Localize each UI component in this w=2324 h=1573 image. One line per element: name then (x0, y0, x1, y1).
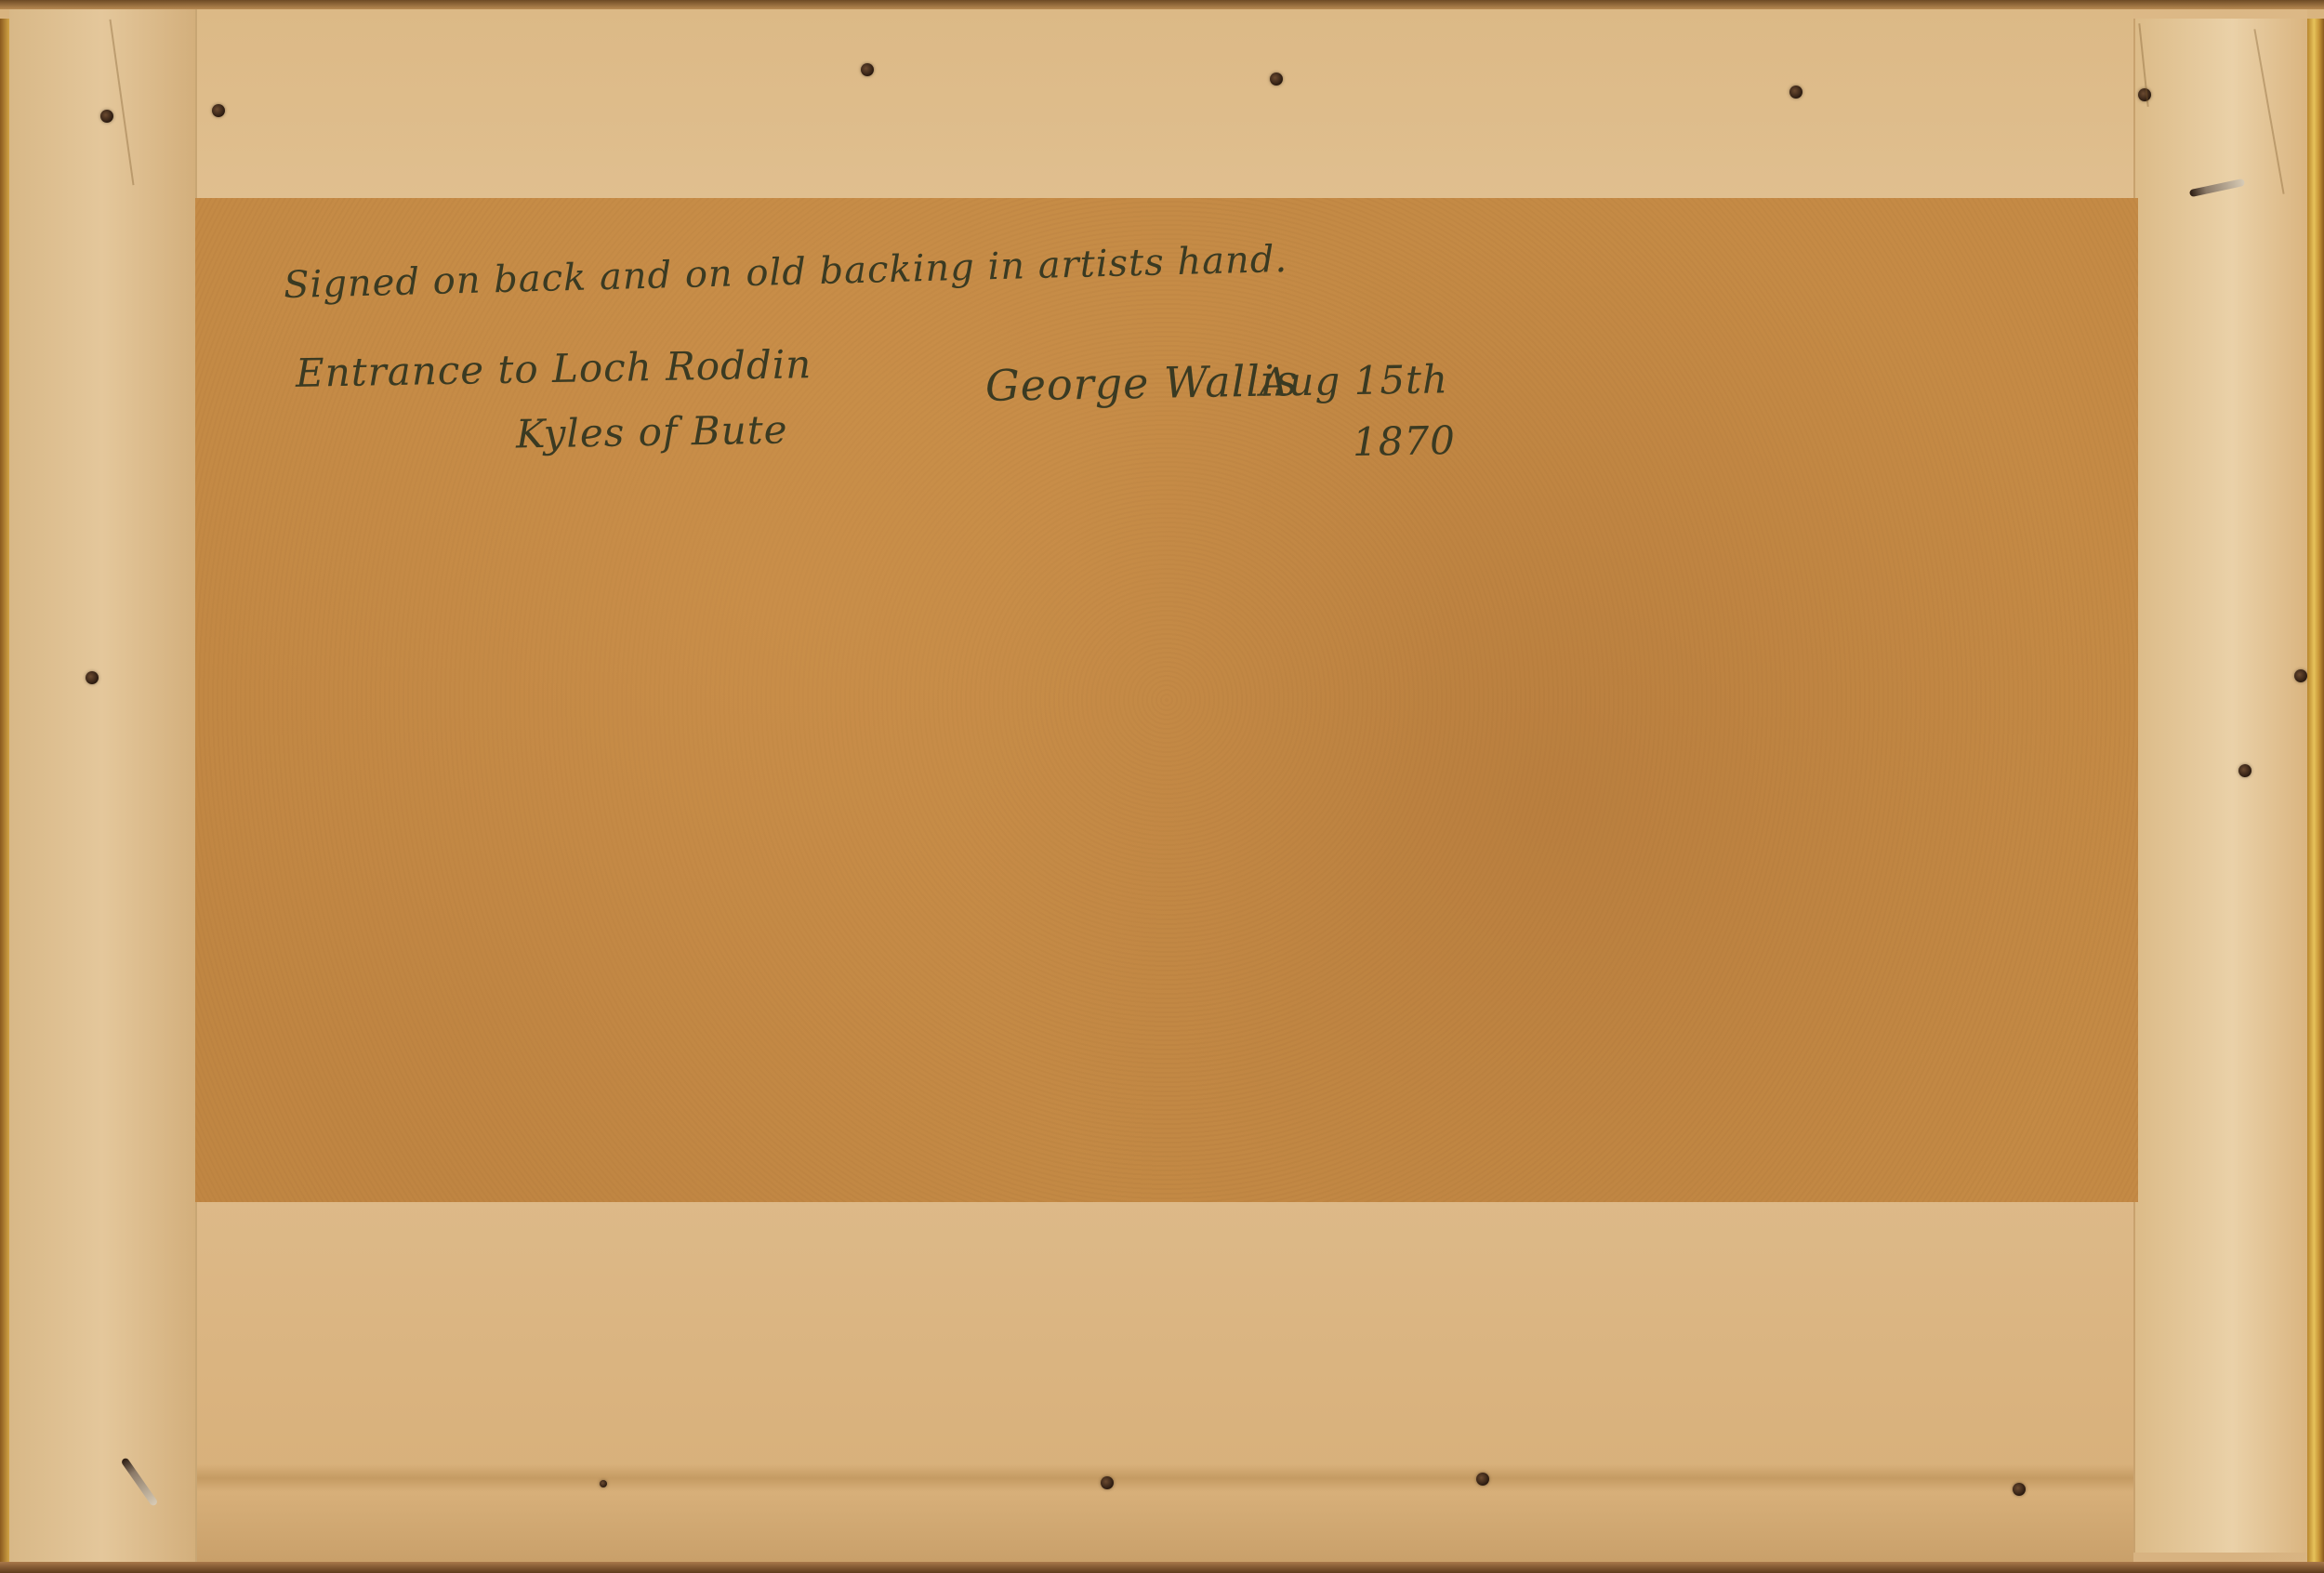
gilt-frame-right-edge (2307, 19, 2324, 1562)
nail-icon (1789, 86, 1802, 99)
water-stain-line (56, 1464, 2287, 1492)
artist-signature: George Wallis (985, 355, 1299, 411)
nail-icon (2238, 764, 2251, 777)
nail-icon (2013, 1483, 2026, 1496)
nail-icon (86, 671, 99, 684)
nail-icon (1476, 1473, 1489, 1486)
nail-icon (1101, 1476, 1114, 1489)
paper-tape-left (9, 9, 197, 1562)
paper-tape-top (195, 9, 2133, 200)
inscription-date: Aug 15th (1260, 356, 1449, 405)
picture-frame-back: Signed on back and on old backing in art… (0, 0, 2324, 1573)
frame-top-edge (0, 0, 2324, 9)
nail-icon (212, 104, 225, 117)
nail-icon (861, 63, 874, 76)
nail-icon (1270, 73, 1283, 86)
gilt-frame-left-edge (0, 19, 9, 1562)
nail-icon (600, 1480, 607, 1487)
frame-bottom-edge (0, 1562, 2324, 1573)
inscription-year: 1870 (1353, 417, 1457, 465)
paper-tape-right (2133, 19, 2312, 1553)
inscription-location: Kyles of Bute (516, 406, 788, 456)
paper-tape-bottom (195, 1199, 2133, 1562)
inscription-title: Entrance to Loch Roddin (296, 341, 812, 396)
nail-icon (100, 110, 113, 123)
nail-icon (2294, 669, 2307, 682)
